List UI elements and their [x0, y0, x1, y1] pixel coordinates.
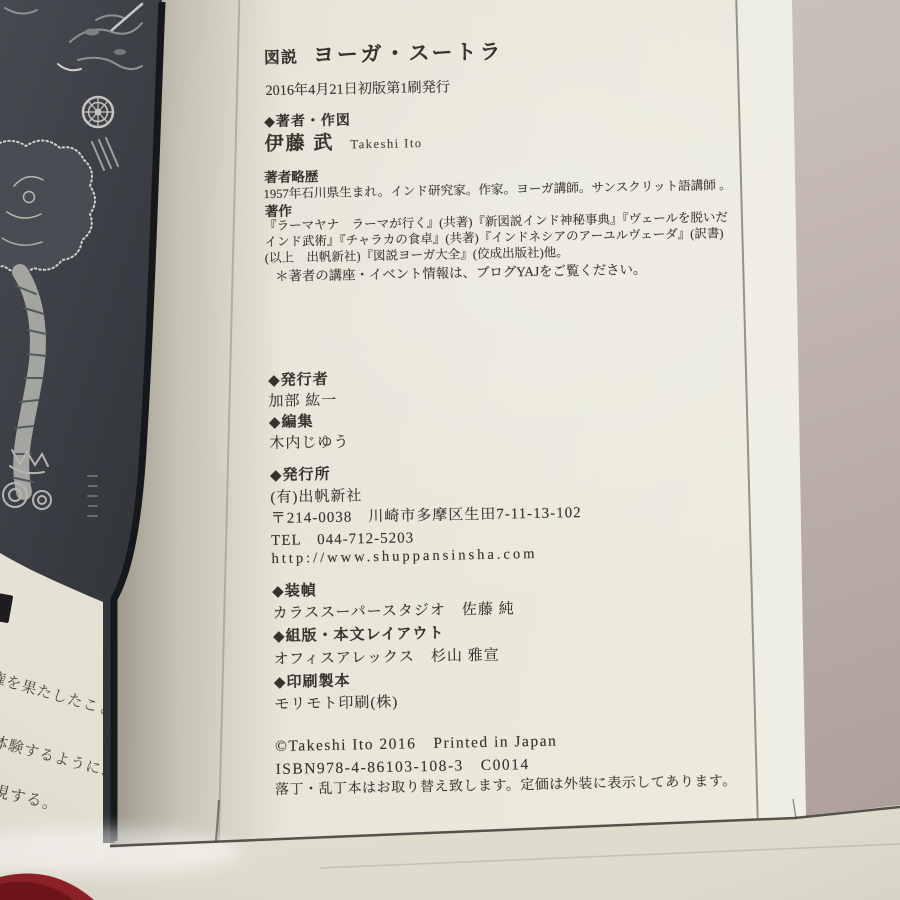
book-colophon-photo: 権を果たしたこと 体験するように、 視する。 図説 ヨーガ・スートラ 2016年… — [0, 0, 900, 900]
left-page-text-fragment: 視する。 — [0, 778, 62, 816]
bio-text: 1957年石川県生まれ。インド研究家。作家。ヨーガ講師。サンスクリット語講師 。 — [263, 174, 731, 202]
author-name-roman: Takeshi Ito — [350, 136, 422, 152]
edition-line: 2016年4月21日初版第1刷発行 — [265, 77, 450, 101]
printing-name: モリモト印刷(株) — [274, 691, 398, 714]
typesetting-name: オフィスアレックス 杉山 雅宣 — [273, 644, 500, 669]
author-row: 伊藤 武 Takeshi Ito — [264, 126, 422, 156]
publisher-tel: TEL 044-712-5203 — [271, 526, 414, 550]
author-name: 伊藤 武 — [264, 128, 334, 156]
publisher-person-name: 加部 紘一 — [268, 389, 337, 411]
book-title: ヨーガ・スートラ — [313, 35, 504, 69]
design-name: カラススーパースタジオ 佐藤 純 — [272, 597, 514, 623]
left-page-text-fragment: 権を果たしたこと — [0, 666, 117, 721]
left-page-text-fragment: 体験するように、 — [0, 730, 120, 783]
typesetting-heading: ◆組版・本文レイアウト — [273, 622, 445, 646]
book-title-prefix: 図説 — [264, 44, 298, 68]
design-heading: ◆装幀 — [272, 579, 317, 601]
printing-heading: ◆印刷製本 — [274, 670, 351, 692]
publisher-person-heading: ◆発行者 — [268, 368, 329, 390]
editor-name: 木内じゆう — [269, 431, 349, 454]
book-title-row: 図説 ヨーガ・スートラ — [264, 35, 504, 70]
editor-heading: ◆編集 — [269, 410, 314, 432]
publisher-name: (有)出帆新社 — [270, 484, 362, 507]
publisher-heading: ◆発行所 — [270, 463, 331, 485]
section-marker-fragment — [0, 593, 13, 624]
